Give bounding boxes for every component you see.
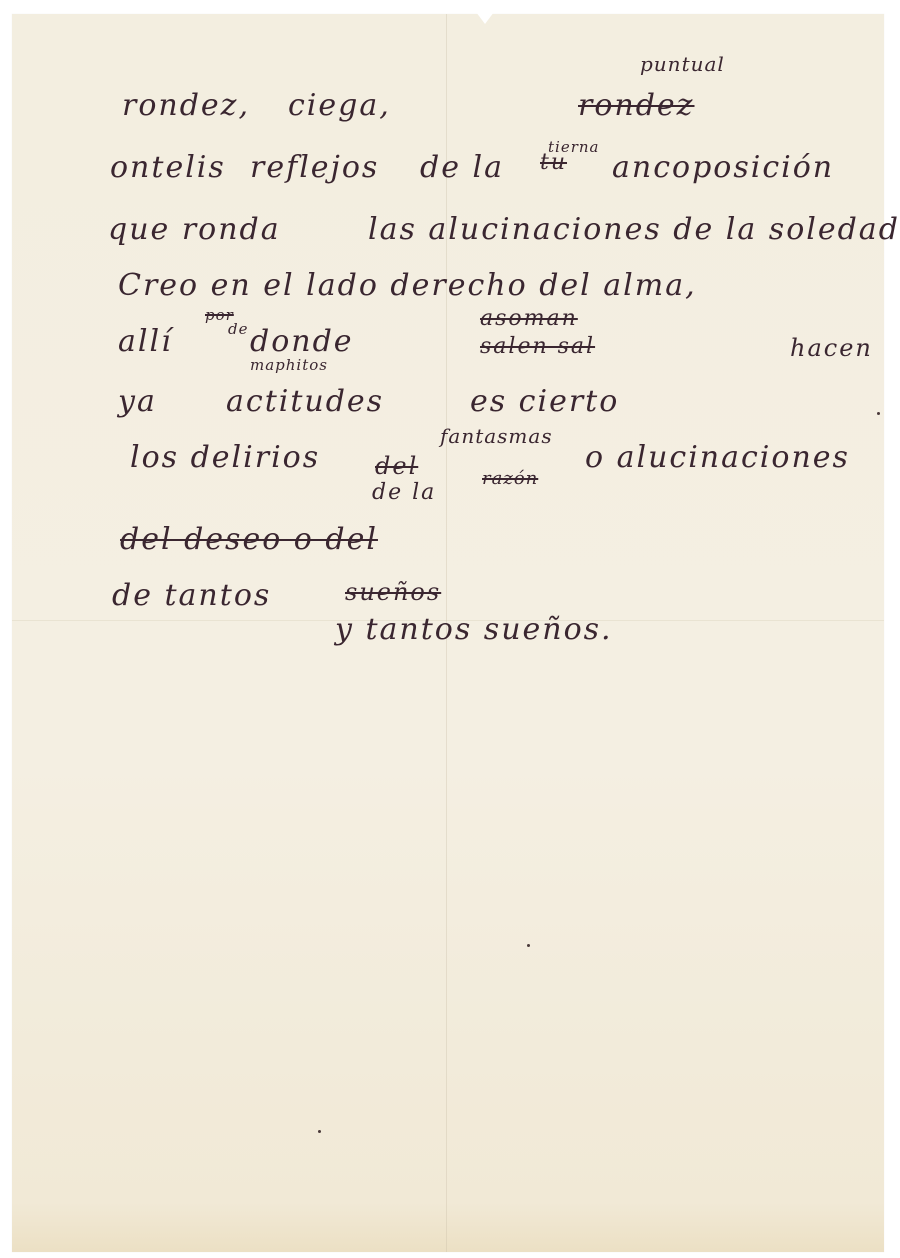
line-7-word-1: los delirios bbox=[130, 440, 320, 475]
line-7-below-insert: de la bbox=[372, 480, 436, 505]
ink-speck bbox=[318, 1130, 321, 1133]
line-4: Creo en el lado derecho del alma, bbox=[118, 268, 697, 303]
line-6-word-2: actitudes bbox=[226, 384, 384, 419]
line-1-struck-word: rondez bbox=[578, 88, 695, 123]
line-3-word-2: las alucinaciones de la soledad. bbox=[368, 212, 900, 247]
line-5-struck-word-1: asoman bbox=[480, 306, 578, 331]
line-8-struck: del deseo o del bbox=[120, 522, 378, 557]
paper-tear-notch bbox=[476, 12, 494, 24]
line-3-word-1: que ronda bbox=[108, 212, 281, 247]
line-2-word-2: reflejos bbox=[250, 150, 379, 185]
line-7-struck-word-1: del bbox=[375, 452, 418, 480]
line-10: y tantos sueños. bbox=[335, 612, 613, 647]
line-9-struck-word: sueños bbox=[345, 578, 441, 606]
line-5-insert: de bbox=[228, 320, 248, 338]
line-9-word-1: de tantos bbox=[112, 578, 271, 613]
line-7-insertion: fantasmas bbox=[440, 424, 553, 448]
line-1-insertion: puntual bbox=[640, 52, 725, 76]
line-7-word-2: o alucinaciones bbox=[585, 440, 850, 475]
line-6-insertion: maphitos bbox=[250, 356, 328, 374]
line-6-word-3: es cierto bbox=[470, 384, 619, 419]
line-1-word-2: ciega, bbox=[288, 88, 391, 123]
line-5-struck-word-2: salen sal bbox=[480, 334, 595, 359]
line-5-word-3: hacen bbox=[790, 334, 873, 362]
line-1-word-1: rondez, bbox=[122, 88, 250, 123]
line-6-word-1: ya bbox=[118, 384, 157, 419]
line-5-word-2: donde bbox=[250, 324, 354, 359]
ink-speck bbox=[877, 412, 880, 415]
line-5-word-1: allí bbox=[118, 324, 173, 359]
line-2-word-4: ancoposición bbox=[612, 150, 834, 185]
line-7-struck-word-2: razón bbox=[482, 468, 538, 489]
line-2-word-1: ontelis bbox=[110, 150, 226, 185]
line-2-struck-word: tu bbox=[540, 150, 567, 175]
line-2-word-3: de la bbox=[420, 150, 504, 185]
ink-speck bbox=[527, 944, 530, 947]
